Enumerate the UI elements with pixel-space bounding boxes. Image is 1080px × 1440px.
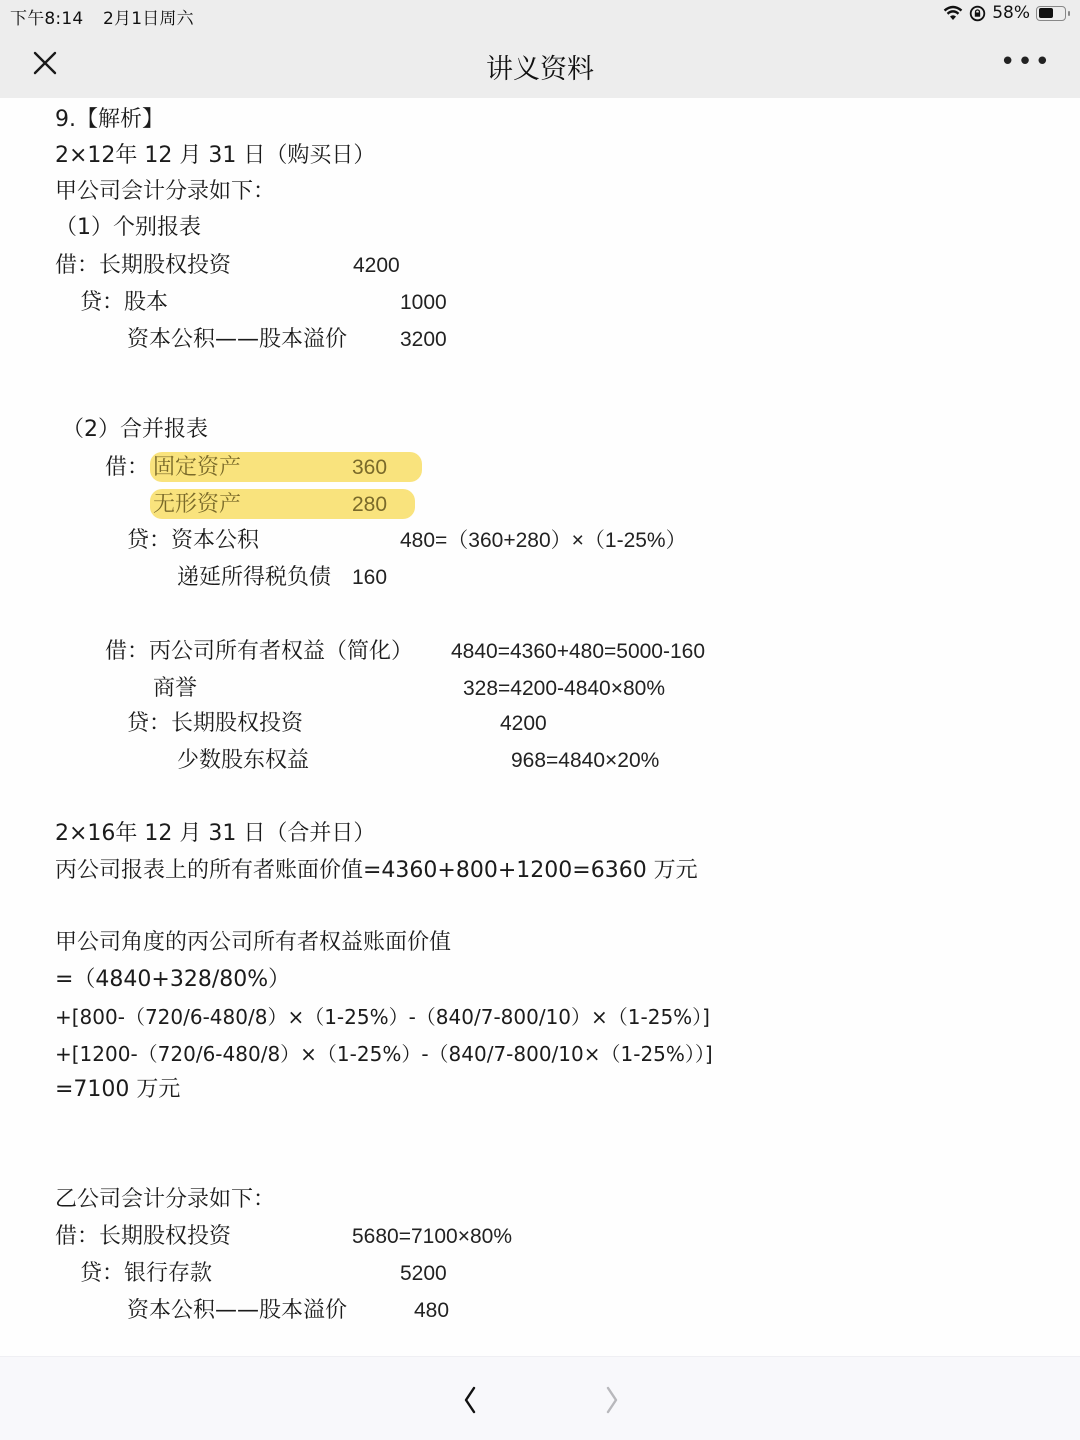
chevron-right-icon[interactable] <box>597 1383 627 1417</box>
battery-percent: 58% <box>992 3 1030 23</box>
part1-credit-value: 1000 <box>400 289 447 317</box>
more-icon[interactable]: ••• <box>1000 52 1052 72</box>
section-heading: 9.【解析】 <box>55 106 164 134</box>
yi-credit2-label: 资本公积——股本溢价 <box>127 1297 347 1325</box>
battery-level <box>1039 8 1054 18</box>
part1-debit-label: 借：长期股权投资 <box>55 252 231 280</box>
yi-entries-title: 乙公司会计分录如下： <box>55 1186 275 1214</box>
yi-credit-value: 5200 <box>400 1260 447 1288</box>
calc-line-1: =（4840+328/80%） <box>55 966 290 994</box>
goodwill-value: 328=4200-4840×80% <box>463 675 665 703</box>
bottom-pager <box>0 1356 1080 1440</box>
calc-line-3: +[1200-（720/6-480/8）×（1-25%）-（840/7-800/… <box>55 1040 713 1068</box>
deferred-tax-value: 160 <box>352 564 387 592</box>
part1-credit2-value: 3200 <box>400 326 447 354</box>
chevron-left-icon[interactable] <box>455 1383 485 1417</box>
status-left: 下午8:14 2月1日周六 <box>10 4 208 29</box>
orientation-lock-icon <box>969 5 986 22</box>
calc-line-2: +[800-（720/6-480/8）×（1-25%）-（840/7-800/1… <box>55 1003 710 1031</box>
capital-reserve-value: 480=（360+280）×（1-25%） <box>400 527 687 555</box>
equity-debit-value: 4840=4360+480=5000-160 <box>451 638 705 666</box>
equity-debit-label: 借：丙公司所有者权益（简化） <box>105 638 413 666</box>
minority-interest-value: 968=4840×20% <box>511 747 659 775</box>
status-bar: 下午8:14 2月1日周六 58% <box>0 0 1080 30</box>
part2-title: （2）合并报表 <box>62 416 208 444</box>
goodwill-label: 商誉 <box>153 675 197 703</box>
status-right: 58% <box>943 3 1066 23</box>
part2-debit-label: 借： <box>105 454 149 482</box>
merge-date: 2×16年 12 月 31 日（合并日） <box>55 820 375 848</box>
yi-debit-label: 借：长期股权投资 <box>55 1223 231 1251</box>
lt-investment-credit-label: 贷：长期股权投资 <box>127 710 303 738</box>
lt-investment-credit-value: 4200 <box>500 710 547 738</box>
part1-debit-value: 4200 <box>353 252 400 280</box>
calc-result: =7100 万元 <box>55 1076 180 1104</box>
deferred-tax-label: 递延所得税负债 <box>177 564 331 592</box>
intangible-assets-account: 无形资产 <box>153 491 241 519</box>
book-value-line: 丙公司报表上的所有者账面价值=4360+800+1200=6360 万元 <box>55 857 698 885</box>
calc-title: 甲公司角度的丙公司所有者权益账面价值 <box>55 929 451 957</box>
wifi-icon <box>943 5 963 21</box>
fixed-assets-account: 固定资产 <box>153 454 241 482</box>
battery-icon <box>1036 6 1066 21</box>
page-title: 讲义资料 <box>0 47 1080 86</box>
nav-bar: 讲义资料 ••• <box>0 30 1080 98</box>
fixed-assets-value: 360 <box>352 454 387 482</box>
yi-credit-label: 贷：银行存款 <box>80 1260 212 1288</box>
minority-interest-label: 少数股东权益 <box>177 747 309 775</box>
yi-debit-value: 5680=7100×80% <box>352 1223 512 1251</box>
part1-title: （1）个别报表 <box>55 214 201 242</box>
document-viewer[interactable]: 9.【解析】 2×12年 12 月 31 日（购买日） 甲公司会计分录如下： （… <box>0 98 1080 1356</box>
status-date: 2月1日周六 <box>103 9 194 29</box>
status-time: 下午8:14 <box>10 9 83 29</box>
purchase-date: 2×12年 12 月 31 日（购买日） <box>55 142 375 170</box>
yi-credit2-value: 480 <box>414 1297 449 1325</box>
part1-credit2-label: 资本公积——股本溢价 <box>127 326 347 354</box>
jia-entries-title: 甲公司会计分录如下： <box>55 178 275 206</box>
capital-reserve-label: 贷：资本公积 <box>127 527 259 555</box>
intangible-assets-value: 280 <box>352 491 387 519</box>
part1-credit-label: 贷：股本 <box>80 289 168 317</box>
